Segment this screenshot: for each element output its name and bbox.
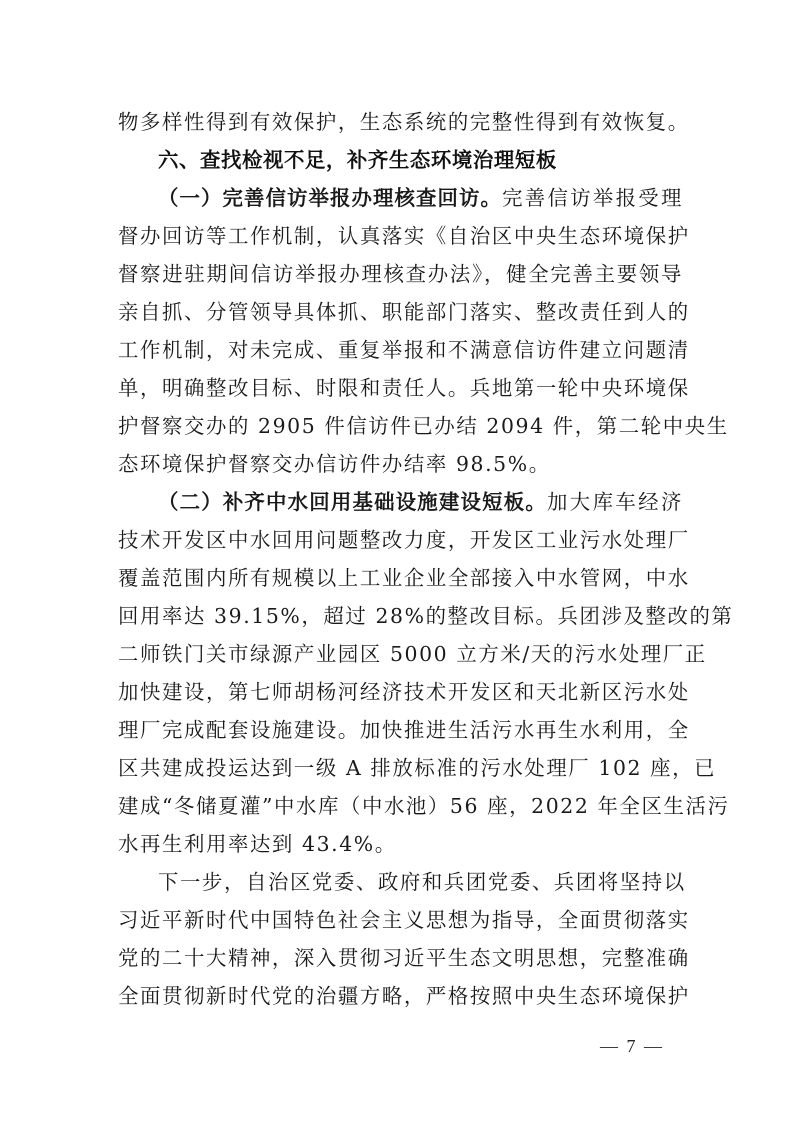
paragraph-line: 加快建设，第七师胡杨河经济技术开发区和天北新区污水处: [118, 677, 683, 707]
paragraph-line: （一）完善信访举报办理核查回访。完善信访举报受理: [158, 183, 683, 213]
paragraph-line: 建成“冬储夏灌”中水库（中水池）56 座，2022 年全区生活污: [118, 791, 683, 821]
paragraph-line: 区共建成投运达到一级 A 排放标准的污水处理厂 102 座，已: [118, 753, 683, 783]
paragraph-line: 护督察交办的 2905 件信访件已办结 2094 件，第二轮中央生: [118, 411, 683, 441]
paragraph-text: 加大库车经济: [547, 490, 683, 514]
paragraph-line: 态环境保护督察交办信访件办结率 98.5%。: [118, 449, 683, 479]
paragraph-line: 理厂完成配套设施建设。加快推进生活污水再生水利用，全: [118, 715, 683, 745]
subsection-heading: （二）补齐中水回用基础设施建设短板。: [158, 490, 547, 514]
paragraph-line: 督办回访等工作机制，认真落实《自治区中央生态环境保护: [118, 221, 683, 251]
paragraph-line: 回用率达 39.15%，超过 28%的整改目标。兵团涉及整改的第: [118, 601, 683, 631]
page-number: — 7 —: [600, 1036, 664, 1057]
paragraph-line: 督察进驻期间信访举报办理核查办法》，健全完善主要领导: [118, 259, 683, 289]
paragraph-text: 完善信访举报受理: [502, 186, 683, 210]
paragraph-line: 下一步，自治区党委、政府和兵团党委、兵团将坚持以: [158, 867, 683, 897]
paragraph-line: 习近平新时代中国特色社会主义思想为指导，全面贯彻落实: [118, 905, 683, 935]
paragraph-line: 技术开发区中水回用问题整改力度，开发区工业污水处理厂: [118, 525, 683, 555]
paragraph-line: 二师铁门关市绿源产业园区 5000 立方米/天的污水处理厂正: [118, 639, 683, 669]
paragraph-line: 工作机制，对未完成、重复举报和不满意信访件建立问题清: [118, 335, 683, 365]
paragraph-line: 党的二十大精神，深入贯彻习近平生态文明思想，完整准确: [118, 943, 683, 973]
section-heading: 六、查找检视不足，补齐生态环境治理短板: [158, 145, 683, 175]
paragraph-line: 全面贯彻新时代党的治疆方略，严格按照中央生态环境保护: [118, 981, 683, 1011]
paragraph-line: 单，明确整改目标、时限和责任人。兵地第一轮中央环境保: [118, 373, 683, 403]
paragraph-line: 亲自抓、分管领导具体抓、职能部门落实、整改责任到人的: [118, 297, 683, 327]
paragraph-line: 覆盖范围内所有规模以上工业企业全部接入中水管网，中水: [118, 563, 683, 593]
paragraph-line: 物多样性得到有效保护，生态系统的完整性得到有效恢复。: [118, 107, 683, 137]
subsection-heading: （一）完善信访举报办理核查回访。: [158, 186, 502, 210]
paragraph-line: （二）补齐中水回用基础设施建设短板。加大库车经济: [158, 487, 683, 517]
paragraph-line: 水再生利用率达到 43.4%。: [118, 829, 683, 859]
document-page: 物多样性得到有效保护，生态系统的完整性得到有效恢复。 六、查找检视不足，补齐生态…: [0, 0, 793, 1122]
